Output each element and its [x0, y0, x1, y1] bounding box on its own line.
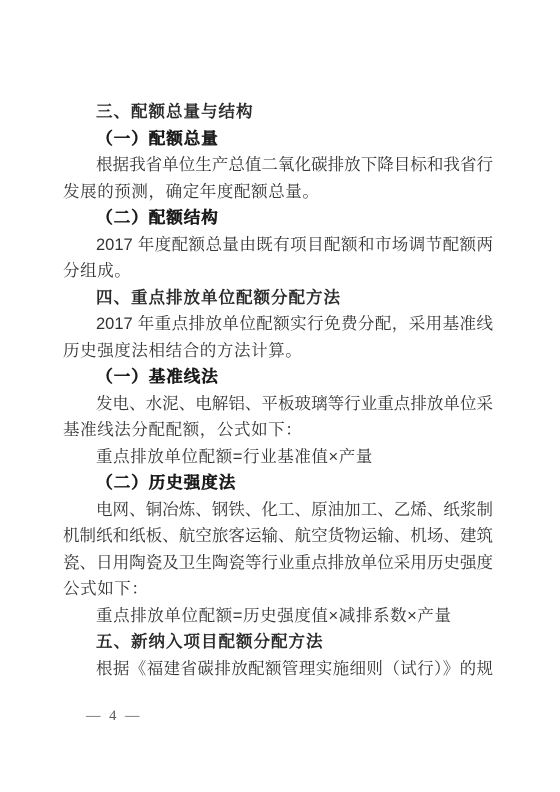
body-text-line: 历史强度法相结合的方法计算。 — [63, 338, 493, 365]
body-text-line: 分组成。 — [63, 258, 493, 285]
section-heading-new-project-allocation: 五、新纳入项目配额分配方法 — [63, 629, 493, 656]
body-text-line: 发电、水泥、电解铝、平板玻璃等行业重点排放单位采用 — [63, 391, 493, 418]
body-text-line: 电网、铜冶炼、钢铁、化工、原油加工、乙烯、纸浆制造、 — [63, 497, 493, 524]
body-text-line: 公式如下： — [63, 576, 493, 603]
body-text-line: 发展的预测，确定年度配额总量。 — [63, 179, 493, 206]
body-text-line: 2017 年重点排放单位配额实行免费分配，采用基准线法、 — [63, 311, 493, 338]
body-text-line: 根据我省单位生产总值二氧化碳排放下降目标和我省行业 — [63, 152, 493, 179]
subsection-heading-quota-total: （一）配额总量 — [63, 126, 493, 153]
formula-line-historical-intensity: 重点排放单位配额=历史强度值×减排系数×产量 — [63, 603, 493, 630]
body-text-line: 基准线法分配配额，公式如下： — [63, 417, 493, 444]
document-page: 三、配额总量与结构 （一）配额总量 根据我省单位生产总值二氧化碳排放下降目标和我… — [0, 0, 560, 792]
subsection-heading-quota-structure: （二）配额结构 — [63, 205, 493, 232]
body-text-line: 机制纸和纸板、航空旅客运输、航空货物运输、机场、建筑陶 — [63, 523, 493, 550]
section-heading-quota-total-structure: 三、配额总量与结构 — [63, 99, 493, 126]
formula-line-benchmark: 重点排放单位配额=行业基准值×产量 — [63, 444, 493, 471]
body-text-line: 根据《福建省碳排放配额管理实施细则（试行）》的规定， — [63, 656, 493, 683]
section-heading-key-unit-allocation: 四、重点排放单位配额分配方法 — [63, 285, 493, 312]
subsection-heading-benchmark-method: （一）基准线法 — [63, 364, 493, 391]
page-number: — 4 — — [86, 708, 142, 725]
body-text-line: 2017 年度配额总量由既有项目配额和市场调节配额两部 — [63, 232, 493, 259]
document-body: 三、配额总量与结构 （一）配额总量 根据我省单位生产总值二氧化碳排放下降目标和我… — [63, 99, 493, 682]
body-text-line: 瓷、日用陶瓷及卫生陶瓷等行业重点排放单位采用历史强度法， — [63, 550, 493, 577]
subsection-heading-historical-intensity-method: （二）历史强度法 — [63, 470, 493, 497]
